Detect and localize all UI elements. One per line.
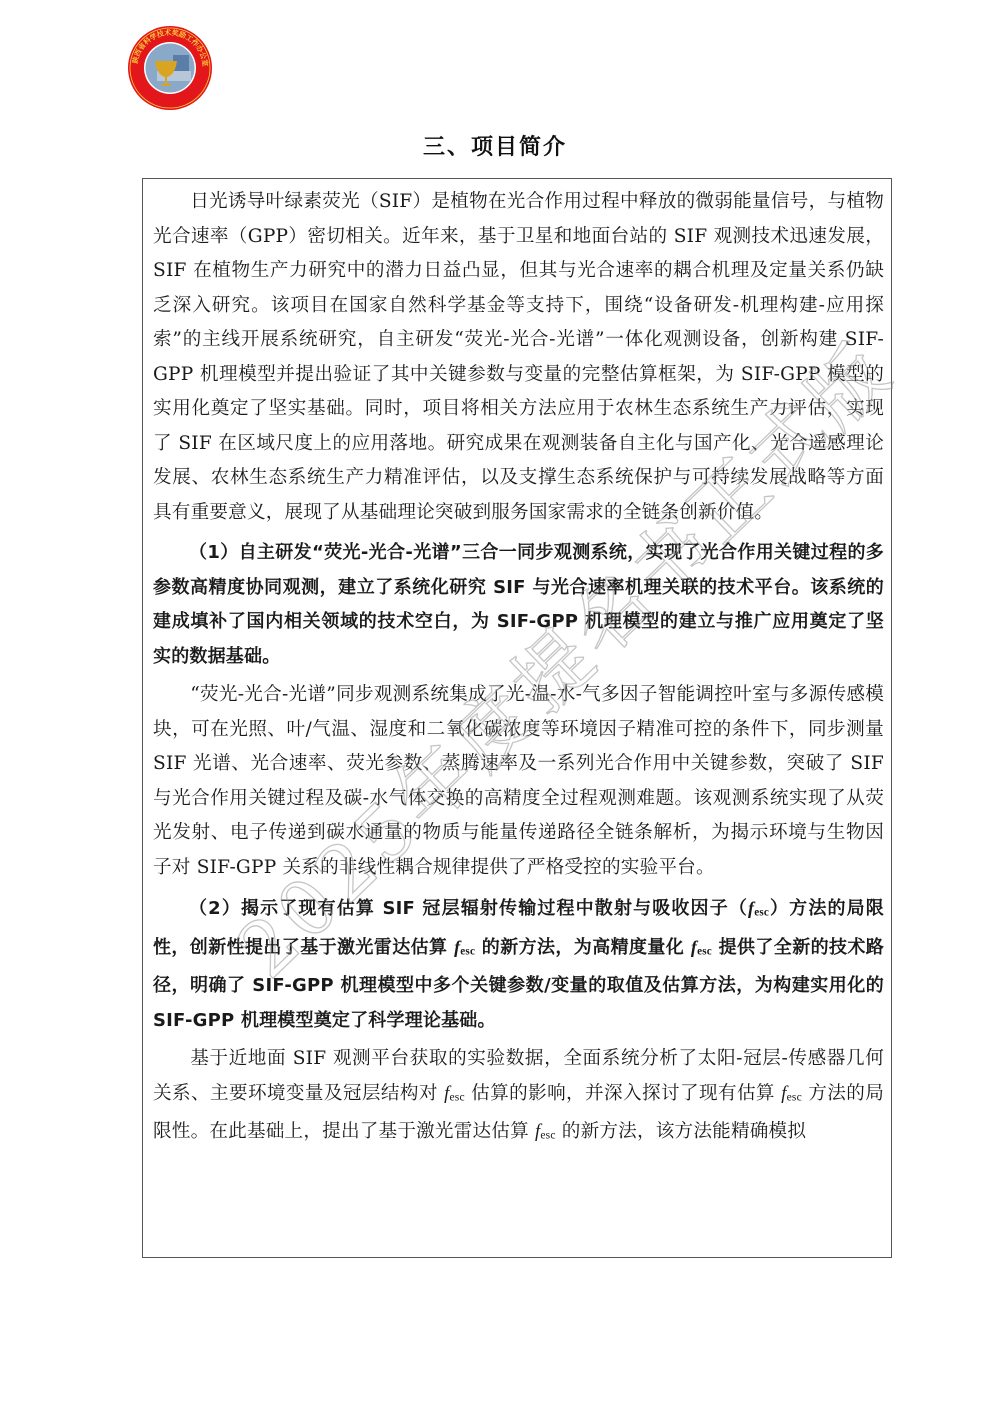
finding-2-heading: （2）揭示了现有估算 SIF 冠层辐射传输过程中散射与吸收因子（fesc）方法的…: [153, 891, 884, 1038]
fesc-symbol: fesc: [454, 937, 475, 957]
office-logo: 陕西省科学技术奖励工作办公室: [127, 25, 213, 111]
text-segment: 的新方法，该方法能精确模拟: [556, 1121, 806, 1142]
intro-paragraph: 日光诱导叶绿素荧光（SIF）是植物在光合作用过程中释放的微弱能量信号，与植物光合…: [153, 185, 884, 530]
fesc-symbol: fesc: [535, 1121, 556, 1142]
fesc-symbol: fesc: [781, 1083, 802, 1104]
text-segment: 估算的影响，并深入探讨了现有估算: [465, 1083, 781, 1104]
project-summary-box: 日光诱导叶绿素荧光（SIF）是植物在光合作用过程中释放的微弱能量信号，与植物光合…: [142, 178, 892, 1258]
fesc-symbol: fesc: [444, 1083, 465, 1104]
finding-1-detail: “荧光-光合-光谱”同步观测系统集成了光-温-水-气多因子智能调控叶室与多源传感…: [153, 678, 884, 885]
fesc-symbol: fesc: [748, 898, 769, 918]
text-segment: 的新方法，为高精度量化: [475, 937, 691, 958]
finding-2-detail: 基于近地面 SIF 观测平台获取的实验数据，全面系统分析了太阳-冠层-传感器几何…: [153, 1042, 884, 1153]
fesc-symbol: fesc: [691, 937, 712, 957]
finding-1-heading: （1）自主研发“荧光-光合-光谱”三合一同步观测系统，实现了光合作用关键过程的多…: [153, 536, 884, 674]
project-summary-content: 日光诱导叶绿素荧光（SIF）是植物在光合作用过程中释放的微弱能量信号，与植物光合…: [153, 185, 884, 1153]
seal-emblem-icon: 陕西省科学技术奖励工作办公室: [127, 25, 213, 111]
text-segment: （2）揭示了现有估算 SIF 冠层辐射传输过程中散射与吸收因子（: [189, 898, 748, 919]
page-title: 三、项目简介: [0, 130, 990, 161]
